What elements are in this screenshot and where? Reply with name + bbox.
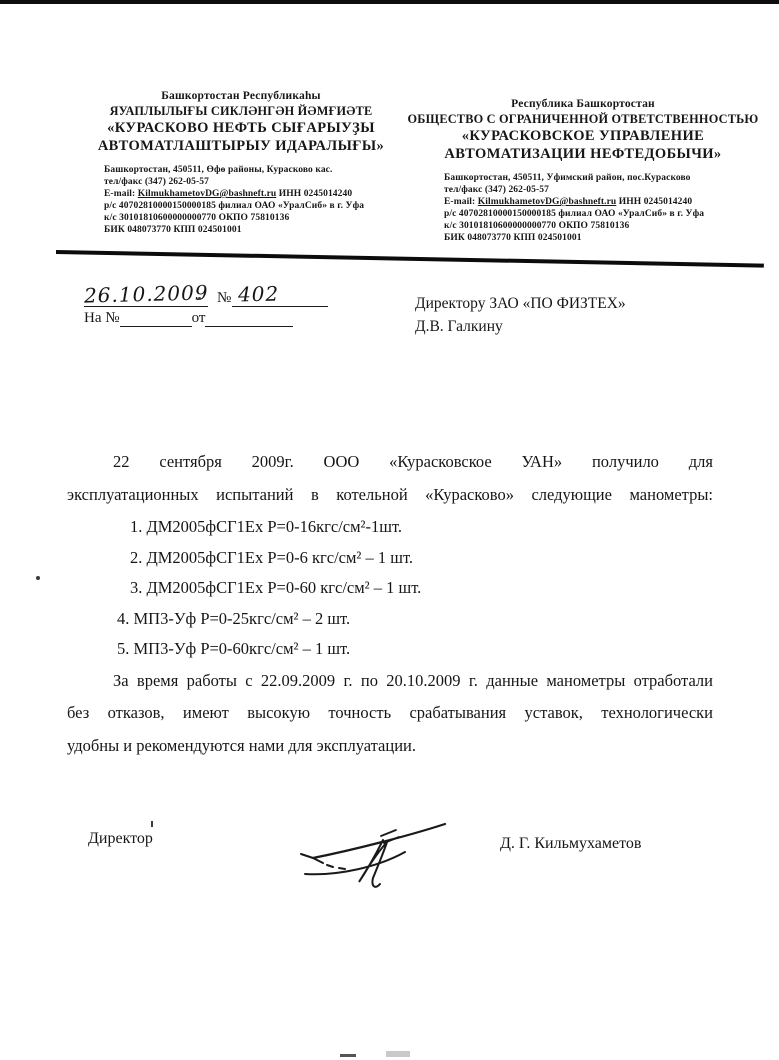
scan-speck bbox=[151, 821, 153, 827]
letterhead-right-org-type: ОБЩЕСТВО С ОГРАНИЧЕННОЙ ОТВЕТСТВЕННОСТЬЮ bbox=[400, 112, 766, 127]
paragraph2-line2: без отказов, имеют высокую точность сраб… bbox=[67, 697, 713, 730]
letterhead-left-org-name-line2: АВТОМАТЛАШТЫРЫУ ИДАРАЛЫҒЫ» bbox=[84, 137, 398, 155]
scanned-letter-page: Башкортостан Республикаһы ЯУАПЛЫЛЫҒЫ СИК… bbox=[0, 0, 779, 1060]
letterhead-right-requisites: Башкортостан, 450511, Уфимский район, по… bbox=[400, 172, 766, 244]
outgoing-date-number-row: 26.10.2009№402 bbox=[84, 282, 394, 307]
reply-date-blank bbox=[205, 311, 293, 327]
letterhead-right: Республика Башкортостан ОБЩЕСТВО С ОГРАН… bbox=[400, 98, 766, 244]
handwritten-signature bbox=[283, 812, 483, 902]
letterhead-left-org-name-line1: «КУРАСКОВО НЕФТЬ СЫҒАРЫУҘЫ bbox=[84, 119, 398, 137]
letter-body: 22 сентября 2009г. ООО «Курасковское УАН… bbox=[67, 446, 713, 762]
scan-smudge bbox=[386, 1051, 410, 1057]
number-line: 402 bbox=[232, 282, 328, 307]
handwritten-number: 402 bbox=[238, 281, 280, 306]
scan-speck bbox=[36, 576, 40, 580]
reply-to-label: На № bbox=[84, 310, 120, 326]
list-item: 5. МП3-Уф Р=0-60кгс/см² – 1 шт. bbox=[117, 634, 713, 665]
letterhead-left-requisites: Башкортостан, 450511, Өфө районы, Кураск… bbox=[84, 164, 398, 236]
manometer-list: 1. ДМ2005фСГ1Ех Р=0-16кгс/см²-1шт. 2. ДМ… bbox=[67, 512, 713, 665]
email-label: E-mail: bbox=[104, 189, 135, 199]
letterhead-left-account: р/с 40702810000150000185 филиал ОАО «Ура… bbox=[104, 200, 398, 212]
list-item: 4. МП3-Уф Р=0-25кгс/см² – 2 шт. bbox=[117, 604, 713, 635]
email-label: E-mail: bbox=[444, 197, 475, 207]
letterhead-right-email-line: E-mail: KilmukhametovDG@bashneft.ru ИНН … bbox=[444, 196, 766, 208]
letterhead-divider-rule bbox=[56, 250, 764, 268]
letterhead-right-address: Башкортостан, 450511, Уфимский район, по… bbox=[444, 172, 766, 184]
number-sign-label: № bbox=[208, 290, 232, 306]
paragraph1-line1: 22 сентября 2009г. ООО «Курасковское УАН… bbox=[67, 446, 713, 479]
scan-edge-artifact bbox=[0, 0, 779, 4]
list-item: 3. ДМ2005фСГ1Ех Р=0-60 кгс/см² – 1 шт. bbox=[130, 573, 713, 604]
letterhead-left-email-line: E-mail: KilmukhametovDG@bashneft.ru ИНН … bbox=[104, 188, 398, 200]
paragraph1-line2: эксплуатационных испытаний в котельной «… bbox=[67, 479, 713, 512]
letterhead-right-account: р/с 40702810000150000185 филиал ОАО «Ура… bbox=[444, 208, 766, 220]
inn-value: ИНН 0245014240 bbox=[619, 197, 692, 207]
scan-speck bbox=[198, 297, 201, 300]
letterhead-right-org-name-line1: «КУРАСКОВСКОЕ УПРАВЛЕНИЕ bbox=[400, 127, 766, 145]
letterhead-left-org-type: ЯУАПЛЫЛЫҒЫ СИКЛӘНГӘН ЙӘМҒИӘТЕ bbox=[84, 104, 398, 119]
email-address: KilmukhametovDG@bashneft.ru bbox=[138, 189, 276, 199]
inn-value: ИНН 0245014240 bbox=[279, 189, 352, 199]
recipient-name: Д.В. Галкину bbox=[415, 315, 626, 338]
scan-smudge bbox=[340, 1054, 356, 1057]
recipient-block: Директору ЗАО «ПО ФИЗТЕХ» Д.В. Галкину bbox=[415, 292, 626, 338]
reference-block: 26.10.2009№402 На №от bbox=[84, 282, 394, 327]
letterhead-left-corr-account: к/с 30101810600000000770 ОКПО 75810136 bbox=[104, 212, 398, 224]
reply-from-label: от bbox=[192, 310, 206, 326]
email-address: KilmukhametovDG@bashneft.ru bbox=[478, 197, 616, 207]
letterhead-left-republic: Башкортостан Республикаһы bbox=[84, 90, 398, 102]
letterhead-left-phone: тел/факс (347) 262-05-57 bbox=[104, 176, 398, 188]
letterhead-right-phone: тел/факс (347) 262-05-57 bbox=[444, 184, 766, 196]
recipient-position: Директору ЗАО «ПО ФИЗТЕХ» bbox=[415, 292, 626, 315]
letterhead-left-address: Башкортостан, 450511, Өфө районы, Кураск… bbox=[104, 164, 398, 176]
paragraph2-line3: удобны и рекомендуются нами для эксплуат… bbox=[67, 730, 713, 763]
letterhead-right-corr-account: к/с 30101810600000000770 ОКПО 75810136 bbox=[444, 220, 766, 232]
paragraph2-line1: За время работы с 22.09.2009 г. по 20.10… bbox=[67, 665, 713, 698]
reply-number-blank bbox=[120, 311, 192, 327]
date-line: 26.10.2009 bbox=[84, 282, 208, 307]
handwritten-date: 26.10.2009 bbox=[84, 280, 209, 307]
list-item: 1. ДМ2005фСГ1Ех Р=0-16кгс/см²-1шт. bbox=[130, 512, 713, 543]
letterhead-right-bik: БИК 048073770 КПП 024501001 bbox=[444, 232, 766, 244]
signer-name: Д. Г. Кильмухаметов bbox=[500, 835, 641, 853]
letterhead-left-bik: БИК 048073770 КПП 024501001 bbox=[104, 224, 398, 236]
signer-title: Директор bbox=[88, 830, 153, 848]
letterhead-right-org-name-line2: АВТОМАТИЗАЦИИ НЕФТЕДОБЫЧИ» bbox=[400, 145, 766, 163]
letterhead-right-republic: Республика Башкортостан bbox=[400, 98, 766, 110]
letterhead-left: Башкортостан Республикаһы ЯУАПЛЫЛЫҒЫ СИК… bbox=[84, 90, 398, 236]
paragraph2: За время работы с 22.09.2009 г. по 20.10… bbox=[67, 665, 713, 763]
reply-reference-row: На №от bbox=[84, 310, 394, 327]
list-item: 2. ДМ2005фСГ1Ех Р=0-6 кгс/см² – 1 шт. bbox=[130, 543, 713, 574]
